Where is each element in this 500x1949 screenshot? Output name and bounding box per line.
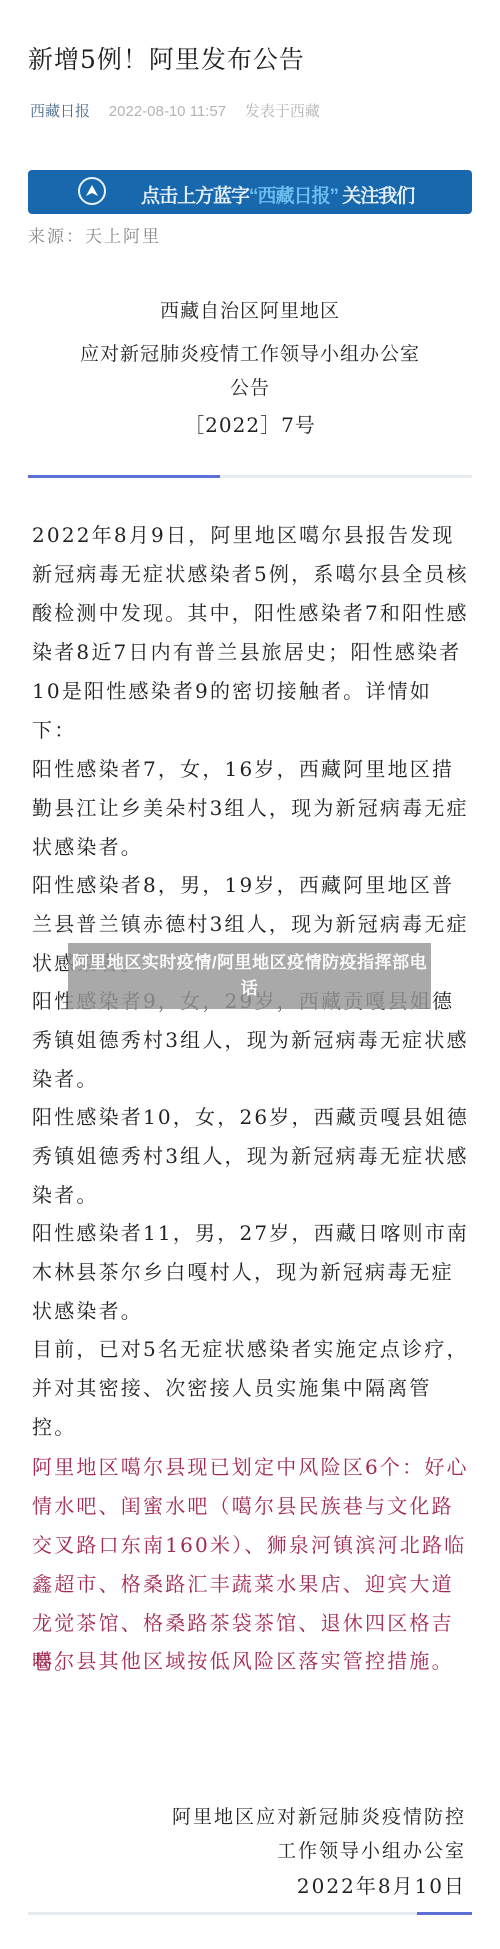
follow-banner[interactable]: 点击上方蓝字“西藏日报” 关注我们	[28, 170, 472, 214]
signature-org-line2: 工作领导小组办公室	[277, 1836, 466, 1863]
signature-date: 2022年8月10日	[297, 1870, 466, 1899]
article-title: 新增5例！阿里发布公告	[28, 40, 305, 76]
notice-number: ［2022］7号	[0, 409, 500, 438]
paragraph-case-10: 阳性感染者10，女，26岁，西藏贡嘎县姐德秀镇姐德秀村3组人，现为新冠病毒无症状…	[32, 1098, 472, 1215]
notice-org-line1: 西藏自治区阿里地区	[0, 296, 500, 323]
paragraph-case-7: 阳性感染者7，女，16岁，西藏阿里地区措勤县江让乡美朵村3组人，现为新冠病毒无症…	[32, 750, 472, 867]
source-line: 来源：天上阿里	[28, 222, 161, 247]
source-account-link[interactable]: 西藏日报	[30, 102, 90, 120]
divider-top-accent	[28, 475, 220, 478]
follow-banner-text: 点击上方蓝字“西藏日报” 关注我们	[141, 181, 414, 208]
paragraph-case-11: 阳性感染者11，男，27岁，西藏日喀则市南木林县茶尔乡白嘎村人，现为新冠病毒无症…	[32, 1214, 472, 1331]
paragraph-low-risk-areas: 噶尔县其他区域按低风险区落实管控措施。	[32, 1642, 472, 1681]
overlay-caption: 阿里地区实时疫情/阿里地区疫情防疫指挥部电话	[68, 943, 431, 1009]
article-meta: 西藏日报 2022-08-10 11:57 发表于西藏	[30, 100, 320, 121]
notice-org-line2: 应对新冠肺炎疫情工作领导小组办公室	[0, 339, 500, 366]
paragraph-current-status: 目前，已对5名无症状感染者实施定点诊疗，并对其密接、次密接人员实施集中隔离管控。	[32, 1330, 472, 1447]
divider-bottom-accent	[417, 1912, 472, 1915]
publish-datetime: 2022-08-10 11:57	[109, 103, 226, 120]
signature-org-line1: 阿里地区应对新冠肺炎疫情防控	[172, 1802, 466, 1829]
paragraph-summary: 2022年8月9日，阿里地区噶尔县报告发现新冠病毒无症状感染者5例，系噶尔县全员…	[32, 516, 472, 750]
publish-location: 发表于西藏	[245, 102, 320, 120]
up-arrow-circle-icon	[78, 177, 106, 205]
follow-banner-highlight: “西藏日报”	[249, 186, 338, 207]
divider-bottom-track	[28, 1912, 472, 1915]
notice-type: 公告	[0, 373, 500, 400]
